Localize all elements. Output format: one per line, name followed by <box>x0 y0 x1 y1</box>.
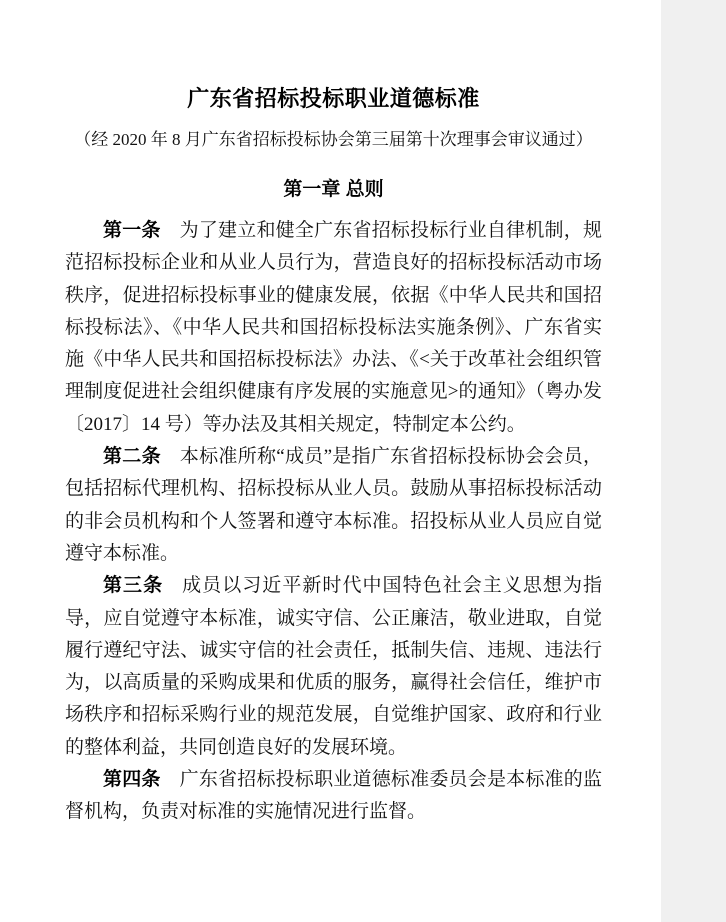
article-paragraph-3: 第三条成员以习近平新时代中国特色社会主义思想为指导，应自觉遵守本标准，诚实守信、… <box>65 570 602 764</box>
article-label-4: 第四条 <box>103 769 161 790</box>
document-title: 广东省招标投标职业道德标准 <box>65 88 602 110</box>
document-page: 广东省招标投标职业道德标准 （经 2020 年 8 月广东省招标投标协会第三届第… <box>0 0 661 922</box>
article-paragraph-1: 第一条为了建立和健全广东省招标投标行业自律机制，规范招标投标企业和从业人员行为，… <box>65 215 602 441</box>
article-label-2: 第二条 <box>103 446 161 467</box>
document-content: 广东省招标投标职业道德标准 （经 2020 年 8 月广东省招标投标协会第三届第… <box>0 88 661 829</box>
chapter-heading: 第一章 总则 <box>65 180 602 199</box>
article-paragraph-2: 第二条本标准所称“成员”是指广东省招标投标协会会员，包括招标代理机构、招标投标从… <box>65 441 602 570</box>
article-text-3: 成员以习近平新时代中国特色社会主义思想为指导，应自觉遵守本标准，诚实守信、公正廉… <box>65 575 602 757</box>
viewer-canvas: { "doc": { "title": "广东省招标投标职业道德标准", "su… <box>0 0 726 922</box>
viewer-gutter <box>661 0 726 922</box>
article-label-1: 第一条 <box>103 220 161 241</box>
article-list: 第一条为了建立和健全广东省招标投标行业自律机制，规范招标投标企业和从业人员行为，… <box>65 215 602 829</box>
article-label-3: 第三条 <box>103 575 163 596</box>
article-text-1: 为了建立和健全广东省招标投标行业自律机制，规范招标投标企业和从业人员行为，营造良… <box>65 220 602 435</box>
article-paragraph-4: 第四条广东省招标投标职业道德标准委员会是本标准的监督机构，负责对标准的实施情况进… <box>65 764 602 829</box>
document-subtitle: （经 2020 年 8 月广东省招标投标协会第三届第十次理事会审议通过） <box>65 130 602 150</box>
